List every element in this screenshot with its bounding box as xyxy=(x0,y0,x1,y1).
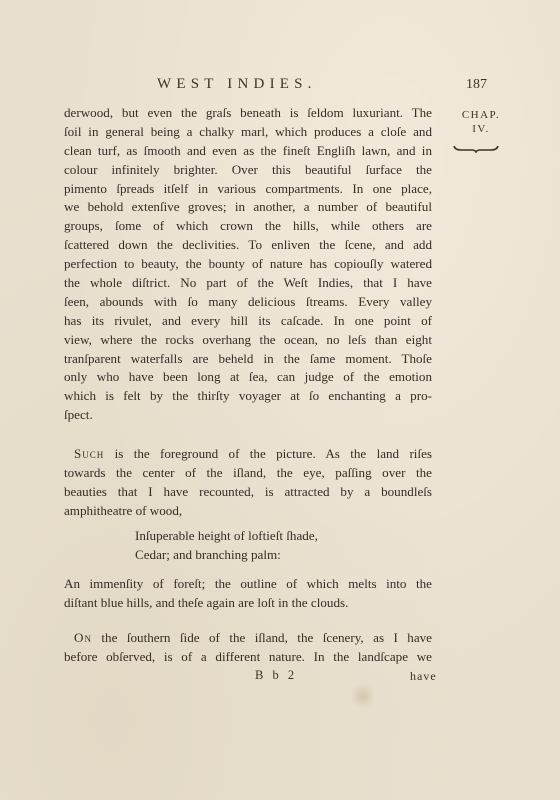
text-line: derwood, but even the graſs beneath is ſ… xyxy=(64,104,432,123)
paragraph-3: An immenſity of foreſt; the outline of w… xyxy=(64,575,432,613)
text-line: An immenſity of foreſt; the outline of w… xyxy=(64,575,432,594)
text-line: perfection to beauty, the bounty of natu… xyxy=(64,255,432,274)
margin-chapter-note: CHAP. IV. xyxy=(441,108,521,136)
text-line: pimento ſpreads itſelf in various compar… xyxy=(64,180,432,199)
text-line: the whole diſtrict. No part of the Weſt … xyxy=(64,274,432,293)
text-line: Such is the foreground of the picture. A… xyxy=(64,445,432,464)
verse-line: Inſuperable height of loftieſt ſhade, xyxy=(135,528,318,544)
paragraph-4: On the ſouthern ſide of the iſland, the … xyxy=(64,629,432,667)
catchword: have xyxy=(410,669,437,684)
brace-icon xyxy=(453,145,499,153)
body-text: derwood, but even the graſs beneath is ſ… xyxy=(64,104,432,521)
signature-mark: B b 2 xyxy=(255,668,297,683)
margin-chap-label: CHAP. xyxy=(441,108,521,122)
text-line: view, where the rocks overhang the ocean… xyxy=(64,331,432,350)
text-line: only who have been long at ſea, can judg… xyxy=(64,368,432,387)
text-fragment: the ſouthern ſide of the iſland, the ſce… xyxy=(92,630,432,645)
running-head-title: WEST INDIES. xyxy=(157,76,317,93)
text-line: which is felt by the thirſty voyager at … xyxy=(64,387,432,406)
verse-line: Cedar; and branching palm: xyxy=(135,547,281,563)
text-line: we behold extenſive groves; in another, … xyxy=(64,198,432,217)
text-line: ſeen, abounds with ſo many delicious ſtr… xyxy=(64,293,432,312)
paper-stain xyxy=(350,683,376,709)
book-page: WEST INDIES. 187 CHAP. IV. derwood, but … xyxy=(0,0,560,800)
text-line: clean turf, as ſmooth and even as the fi… xyxy=(64,142,432,161)
text-line: colour infinitely brighter. Over this be… xyxy=(64,161,432,180)
paragraph-2: Such is the foreground of the picture. A… xyxy=(64,445,432,521)
text-line: amphitheatre of wood, xyxy=(64,502,432,521)
text-line: beauties that I have recounted, is attra… xyxy=(64,483,432,502)
text-line: ſoil in general being a chalky marl, whi… xyxy=(64,123,432,142)
running-head: WEST INDIES. 187 xyxy=(0,76,560,96)
text-line: ſpect. xyxy=(64,406,432,425)
paragraph-1: derwood, but even the graſs beneath is ſ… xyxy=(64,104,432,425)
text-line: groups, ſome of which crown the hills, w… xyxy=(64,217,432,236)
text-line: ſcattered down the declivities. To enliv… xyxy=(64,236,432,255)
page-number: 187 xyxy=(466,77,487,93)
margin-chap-number: IV. xyxy=(441,122,521,136)
text-line: towards the center of the iſland, the ey… xyxy=(64,464,432,483)
text-line: before obſerved, is of a different natur… xyxy=(64,648,432,667)
text-line: diſtant blue hills, and theſe again are … xyxy=(64,594,432,613)
text-line: has its rivulet, and every hill its caſc… xyxy=(64,312,432,331)
text-fragment: is the foreground of the picture. As the… xyxy=(104,446,432,461)
text-line: On the ſouthern ſide of the iſland, the … xyxy=(64,629,432,648)
text-line: tranſparent waterfalls are beheld in the… xyxy=(64,350,432,369)
paragraph-lead-word: Such xyxy=(74,446,104,461)
paragraph-lead-word: On xyxy=(74,630,92,645)
